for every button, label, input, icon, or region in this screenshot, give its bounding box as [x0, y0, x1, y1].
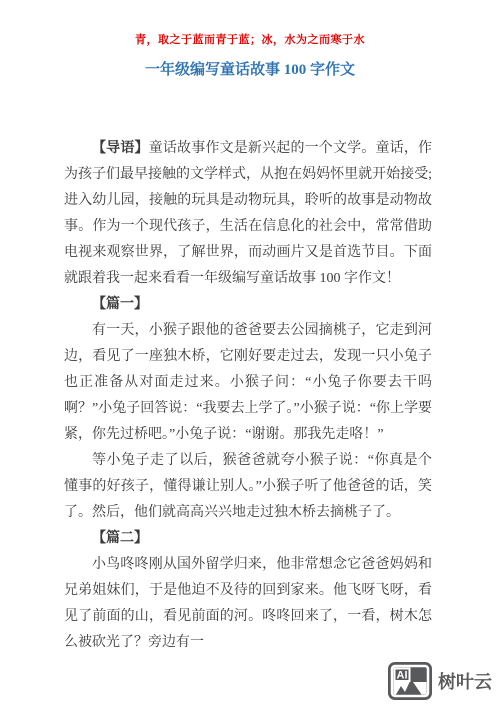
story-1-paragraph-1: 有一天，小猴子跟他的爸爸要去公园摘桃子，它走到河边，看见了一座独木桥，它刚好要走… [64, 318, 432, 448]
intro-paragraph: 【导语】童话故事作文是新兴起的一个文学。童话，作为孩子们最早接触的文学样式，从抱… [64, 136, 432, 292]
logo-text: 树叶云 [438, 668, 492, 694]
watermark-logo: AI 树叶云 [388, 662, 492, 700]
header-quote: 青，取之于蓝而青于蓝；冰，水为之而寒于水 [0, 0, 500, 47]
section-2-heading: 【篇二】 [64, 526, 432, 552]
section-1-heading: 【篇一】 [64, 292, 432, 318]
page-title: 一年级编写童话故事 100 字作文 [0, 61, 500, 80]
story-1-paragraph-2: 等小兔子走了以后，猴爸爸就夸小猴子说：“你真是个懂事的好孩子，懂得谦让别人。”小… [64, 448, 432, 526]
document-page: 青，取之于蓝而青于蓝；冰，水为之而寒于水 一年级编写童话故事 100 字作文 【… [0, 0, 500, 708]
intro-text: 童话故事作文是新兴起的一个文学。童话，作为孩子们最早接触的文学样式，从抱在妈妈怀… [64, 141, 432, 286]
intro-label: 【导语】 [92, 141, 149, 156]
svg-text:AI: AI [397, 670, 408, 682]
essay-body: 【导语】童话故事作文是新兴起的一个文学。童话，作为孩子们最早接触的文学样式，从抱… [64, 136, 432, 656]
story-2-paragraph-1: 小鸟咚咚刚从国外留学归来，他非常想念它爸爸妈妈和兄弟姐妹们，于是他迫不及待的回到… [64, 552, 432, 656]
ai-image-icon: AI [388, 662, 432, 700]
